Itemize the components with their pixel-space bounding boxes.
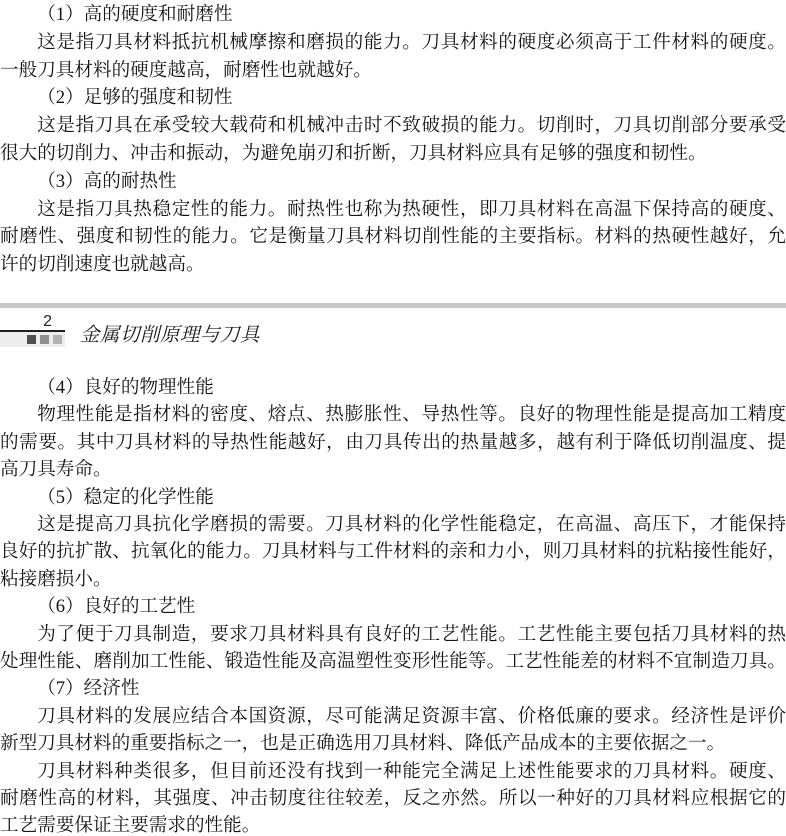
text-line: 新型刀具材料的重要指标之一，也是正确选用刀具材料、降低产品成本的主要依据之一。 bbox=[0, 730, 786, 757]
text-line: 良好的抗扩散、抗氧化的能力。刀具材料与工件材料的亲和力小，则刀具材料的抗粘接性能… bbox=[0, 538, 786, 565]
bottom-text-section: （4）良好的物理性能 物理性能是指材料的密度、熔点、热膨胀性、导热性等。良好的物… bbox=[0, 374, 786, 836]
clause-heading-5: （5）稳定的化学性能 bbox=[0, 484, 786, 511]
clause-heading-3: （3）高的耐热性 bbox=[0, 168, 786, 196]
marker-square-dark bbox=[27, 335, 36, 344]
text-line: 很大的切削力、冲击和振动，为避免崩刃和折断，刀具材料应具有足够的强度和韧性。 bbox=[0, 140, 786, 168]
text-line: 粘接磨损小。 bbox=[0, 566, 786, 593]
clause-heading-2: （2）足够的强度和韧性 bbox=[0, 84, 786, 112]
page-marker-panel bbox=[0, 332, 65, 347]
text-line: 物理性能是指材料的密度、熔点、热膨胀性、导热性等。良好的物理性能是提高加工精度 bbox=[0, 401, 786, 428]
clause-heading-4: （4）良好的物理性能 bbox=[0, 374, 786, 401]
clause-heading-7: （7）经济性 bbox=[0, 675, 786, 702]
text-line: 一般刀具材料的硬度越高，耐磨性也就越好。 bbox=[0, 57, 786, 85]
page-number: 2 bbox=[0, 312, 65, 332]
text-line: 刀具材料种类很多，但目前还没有找到一种能完全满足上述性能要求的刀具材料。硬度、 bbox=[0, 758, 786, 785]
clause-heading-1: （1）高的硬度和耐磨性 bbox=[0, 1, 786, 29]
book-page: { "document": { "top_section": { "lines"… bbox=[0, 0, 786, 836]
text-line: 工艺需要保证主要需求的性能。 bbox=[0, 812, 786, 836]
page-number-block: 2 bbox=[0, 312, 65, 347]
text-line: 耐磨性、强度和韧性的能力。它是衡量刀具材料切削性能的主要指标。材料的热硬性越好，… bbox=[0, 223, 786, 251]
page-header: 2 金属切削原理与刀具 bbox=[0, 308, 786, 354]
text-line: 许的切削速度也就越高。 bbox=[0, 251, 786, 279]
text-line: 的需要。其中刀具材料的导热性能越好，由刀具传出的热量越多，越有利于降低切削温度、… bbox=[0, 429, 786, 456]
book-title: 金属切削原理与刀具 bbox=[80, 319, 260, 347]
marker-square-light bbox=[53, 335, 62, 344]
top-text-section: （1）高的硬度和耐磨性 这是指刀具材料抵抗机械摩擦和磨损的能力。刀具材料的硬度必… bbox=[0, 0, 786, 279]
text-line: 高刀具寿命。 bbox=[0, 456, 786, 483]
text-line: 耐磨性高的材料，其强度、冲击韧度往往较差，反之亦然。所以一种好的刀具材料应根据它… bbox=[0, 785, 786, 812]
text-line: 这是指刀具在承受较大载荷和机械冲击时不致破损的能力。切削时，刀具切削部分要承受 bbox=[0, 112, 786, 140]
marker-square-medium bbox=[40, 335, 49, 344]
text-line: 这是指刀具热稳定性的能力。耐热性也称为热硬性，即刀具材料在高温下保持高的硬度、 bbox=[0, 196, 786, 224]
text-line: 这是提高刀具抗化学磨损的需要。刀具材料的化学性能稳定，在高温、高压下，才能保持 bbox=[0, 511, 786, 538]
text-line: 刀具材料的发展应结合本国资源，尽可能满足资源丰富、价格低廉的要求。经济性是评价 bbox=[0, 703, 786, 730]
clause-heading-6: （6）良好的工艺性 bbox=[0, 593, 786, 620]
text-line: 处理性能、磨削加工性能、锻造性能及高温塑性变形性能等。工艺性能差的材料不宜制造刀… bbox=[0, 648, 786, 675]
text-line: 为了便于刀具制造，要求刀具材料具有良好的工艺性能。工艺性能主要包括刀具材料的热 bbox=[0, 621, 786, 648]
text-line: 这是指刀具材料抵抗机械摩擦和磨损的能力。刀具材料的硬度必须高于工件材料的硬度。 bbox=[0, 29, 786, 57]
